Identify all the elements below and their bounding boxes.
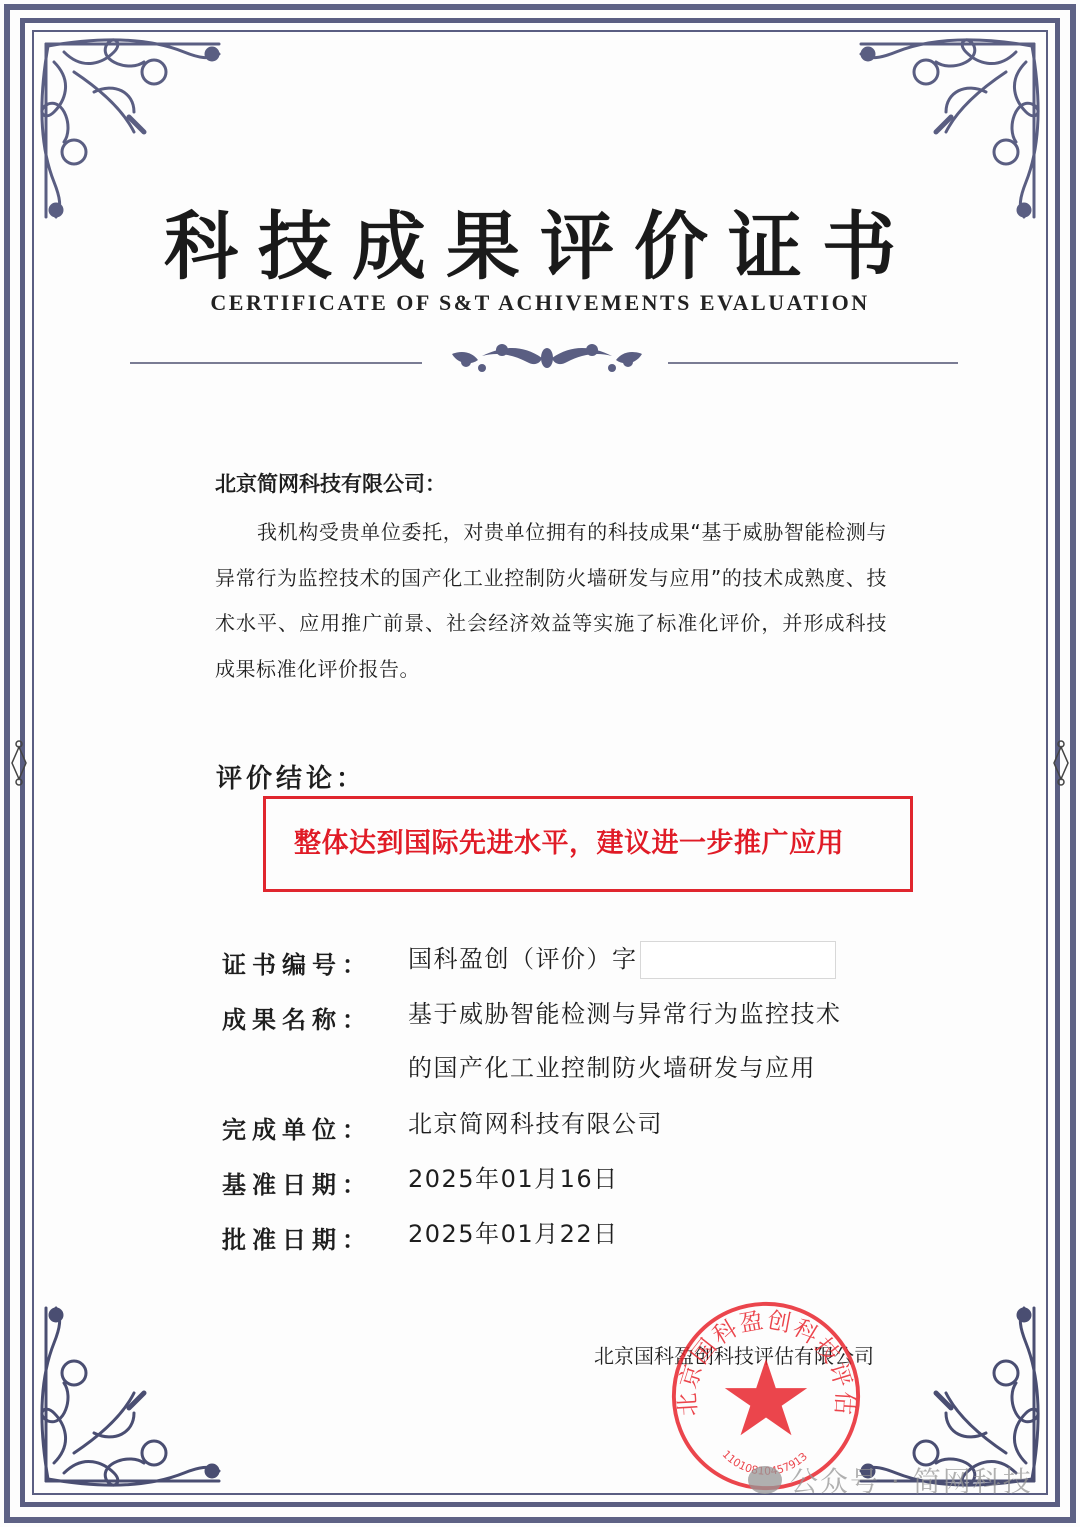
certificate-subtitle: CERTIFICATE OF S&T ACHIVEMENTS EVALUATIO… (0, 290, 1080, 316)
redacted-number (640, 941, 836, 979)
achievement-name-line1: 基于威胁智能检测与异常行为监控技术 (408, 987, 842, 1041)
conclusion-text: 整体达到国际先进水平，建议进一步推广应用 (294, 821, 844, 860)
info-row-base-date: 基准日期： 2025年01月16日 (222, 1165, 619, 1206)
info-label: 证书编号： (222, 945, 408, 986)
flourish-ornament-icon (442, 340, 652, 374)
info-row-completing-unit: 完成单位： 北京简网科技有限公司 (222, 1110, 663, 1151)
certificate-number-prefix: 国科盈创（评价）字 (408, 945, 638, 973)
border-diamond-icon (1051, 738, 1071, 788)
wechat-icon (748, 1466, 782, 1494)
divider-line (130, 362, 422, 364)
achievement-name-line2: 的国产化工业控制防火墙研发与应用 (408, 1041, 842, 1095)
info-value: 2025年01月22日 (408, 1207, 619, 1261)
info-label: 完成单位： (222, 1110, 408, 1151)
watermark-text: 公众号 · 简网科技 (790, 1460, 1033, 1500)
conclusion-highlight-box: 整体达到国际先进水平，建议进一步推广应用 (263, 796, 913, 892)
watermark: 公众号 · 简网科技 (748, 1460, 1033, 1500)
info-value: 北京简网科技有限公司 (408, 1097, 663, 1151)
addressee: 北京简网科技有限公司： (215, 468, 446, 498)
certificate-title: 科技成果评价证书 (0, 188, 1080, 294)
border-diamond-icon (9, 738, 29, 788)
divider-line (668, 362, 958, 364)
info-label: 基准日期： (222, 1165, 408, 1206)
info-row-certificate-number: 证书编号： 国科盈创（评价）字 (222, 945, 836, 986)
body-paragraph: 我机构受贵单位委托，对贵单位拥有的科技成果“基于威胁智能检测与异常行为监控技术的… (215, 510, 887, 692)
info-value: 基于威胁智能检测与异常行为监控技术 的国产化工业控制防火墙研发与应用 (408, 987, 842, 1095)
conclusion-label: 评价结论： (216, 758, 366, 795)
info-label: 成果名称： (222, 1000, 408, 1095)
corner-ornament-icon (34, 1293, 234, 1493)
info-value: 2025年01月16日 (408, 1152, 619, 1206)
title-divider (130, 340, 958, 370)
info-label: 批准日期： (222, 1220, 408, 1261)
certificate-page: 科技成果评价证书 CERTIFICATE OF S&T ACHIVEMENTS … (0, 0, 1080, 1527)
info-row-approval-date: 批准日期： 2025年01月22日 (222, 1220, 619, 1261)
info-row-achievement-name: 成果名称： 基于威胁智能检测与异常行为监控技术 的国产化工业控制防火墙研发与应用 (222, 1000, 842, 1095)
info-value: 国科盈创（评价）字 (408, 932, 836, 986)
